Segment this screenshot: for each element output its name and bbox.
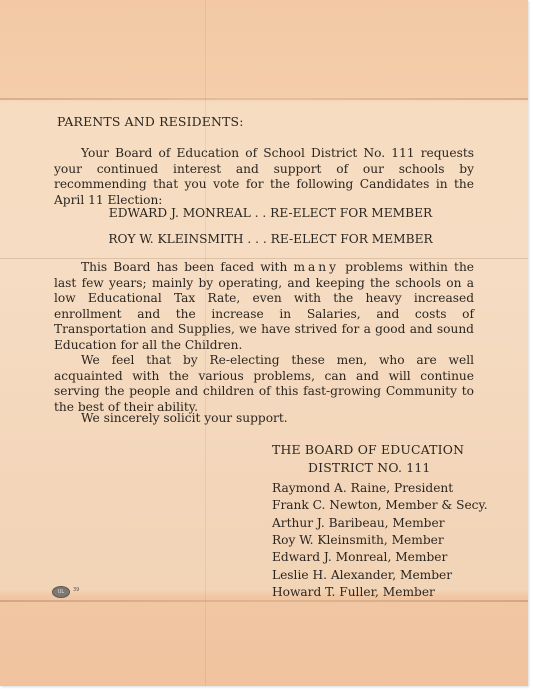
board-member-list: Raymond A. Raine, President Frank C. New… — [272, 480, 492, 601]
paragraph-problems: This Board has been faced with many prob… — [54, 260, 474, 354]
board-district: DISTRICT NO. 111 — [272, 460, 492, 476]
candidate-line-2: ROY W. KLEINSMITH . . . RE-ELECT FOR MEM… — [0, 232, 533, 248]
union-label-number: 39 — [73, 587, 79, 593]
letter-sheet: PARENTS AND RESIDENTS: Your Board of Edu… — [0, 0, 528, 686]
board-signature-block: THE BOARD OF EDUCATION DISTRICT NO. 111 … — [272, 442, 492, 601]
union-label-seal-icon: UL — [52, 586, 70, 598]
paragraph-problems-pre: This Board has been faced with — [81, 260, 293, 274]
fold-crease — [0, 258, 528, 259]
board-member: Leslie H. Alexander, Member — [272, 567, 492, 584]
board-member: Frank C. Newton, Member & Secy. — [272, 497, 492, 514]
paragraph-reelect: We feel that by Re-electing these men, w… — [54, 353, 474, 415]
paragraph-problems-emphasis: many — [293, 260, 339, 274]
board-title: THE BOARD OF EDUCATION — [272, 442, 492, 458]
union-label-text: UL — [58, 589, 64, 595]
candidate-line-1: EDWARD J. MONREAL . . RE-ELECT FOR MEMBE… — [0, 206, 533, 222]
paragraph-intro-text: Your Board of Education of School Distri… — [54, 146, 474, 207]
board-member: Howard T. Fuller, Member — [272, 584, 492, 601]
paragraph-reelect-text: We feel that by Re-electing these men, w… — [54, 353, 474, 414]
paragraph-support: We sincerely solicit your support. — [81, 411, 288, 427]
paragraph-intro: Your Board of Education of School Distri… — [54, 146, 474, 208]
board-member: Roy W. Kleinsmith, Member — [272, 532, 492, 549]
board-member: Edward J. Monreal, Member — [272, 549, 492, 566]
board-member: Raymond A. Raine, President — [272, 480, 492, 497]
salutation: PARENTS AND RESIDENTS: — [57, 114, 244, 130]
board-member: Arthur J. Baribeau, Member — [272, 515, 492, 532]
